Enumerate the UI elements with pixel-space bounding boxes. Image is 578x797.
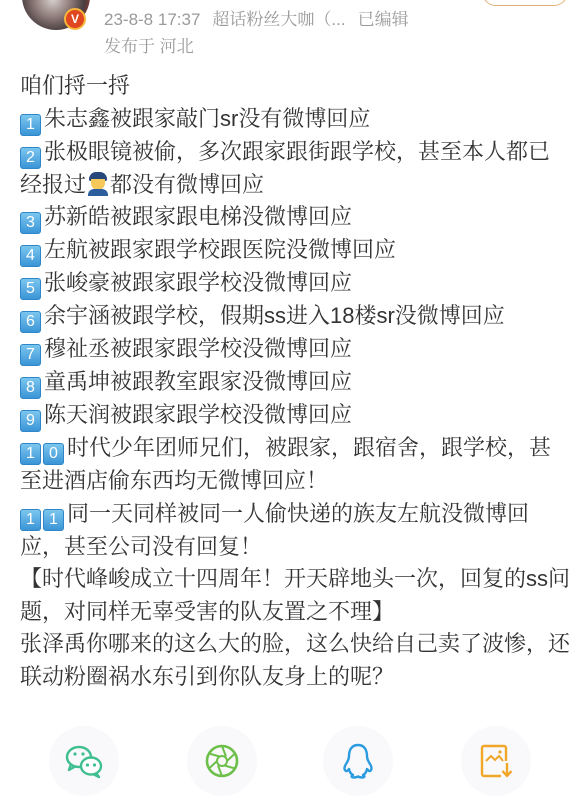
list-item: 9陈天润被跟家跟学校没微博回应 bbox=[20, 399, 570, 432]
number-2-icon: 2 bbox=[20, 147, 41, 169]
number-1-icon: 1 bbox=[20, 509, 41, 531]
list-item: 6余宇涵被跟学校，假期ss进入18楼sr没微博回应 bbox=[20, 300, 570, 333]
number-1-icon: 1 bbox=[43, 509, 64, 531]
number-9-icon: 9 bbox=[20, 410, 41, 432]
list-item-text: 穆祉丞被跟家跟学校没微博回应 bbox=[44, 336, 352, 361]
moments-shutter-icon bbox=[204, 743, 240, 779]
qq-penguin-icon bbox=[342, 742, 374, 780]
number-3-icon: 3 bbox=[20, 212, 41, 234]
list-item-text: 都没有微博回应 bbox=[110, 172, 264, 197]
list-item: 10时代少年团师兄们，被跟家，跟宿舍，跟学校，甚至进酒店偷东西均无微博回应！ bbox=[20, 432, 570, 498]
police-officer-emoji-icon bbox=[86, 172, 110, 196]
list-item: 1朱志鑫被跟家敲门sr没有微博回应 bbox=[20, 103, 570, 136]
save-image-button[interactable] bbox=[461, 726, 531, 796]
list-item-text: 时代少年团师兄们，被跟家，跟宿舍，跟学校，甚至进酒店偷东西均无微博回应！ bbox=[20, 435, 551, 493]
list-item-text: 张峻豪被跟家跟学校没微博回应 bbox=[44, 270, 352, 295]
post-location: 发布于 河北 bbox=[104, 32, 194, 57]
bracket-paragraph: 【时代峰峻成立十四周年！开天辟地头一次，回复的ss问题，对同样无辜受害的队友置之… bbox=[20, 563, 570, 628]
list-item-text: 苏新皓被跟家跟电梯没微博回应 bbox=[44, 204, 352, 229]
number-1-icon: 1 bbox=[20, 443, 41, 465]
post-intro: 咱们捋一捋 bbox=[20, 70, 570, 103]
list-item: 4左航被跟家跟学校跟医院没微博回应 bbox=[20, 234, 570, 267]
post-timestamp: 23-8-8 17:37 bbox=[104, 10, 200, 29]
wechat-icon bbox=[64, 743, 104, 779]
list-item-text: 同一天同样被同一人偷快递的族友左航没微博回应，甚至公司没有回复！ bbox=[20, 501, 529, 559]
post-body: 咱们捋一捋 1朱志鑫被跟家敲门sr没有微博回应 2张极眼镜被偷，多次跟家跟街跟学… bbox=[20, 70, 570, 693]
list-item-text: 陈天润被跟家跟学校没微博回应 bbox=[44, 402, 352, 427]
list-item: 2张极眼镜被偷，多次跟家跟街跟学校，甚至本人都已经报过都没有微博回应 bbox=[20, 136, 570, 202]
share-bar bbox=[0, 726, 578, 797]
post-header: V 23-8-8 17:37超话粉丝大咖（...已编辑 发布于 河北 bbox=[0, 0, 578, 64]
share-wechat-button[interactable] bbox=[49, 726, 119, 796]
post-source[interactable]: 超话粉丝大咖（... bbox=[212, 10, 345, 29]
share-moments-button[interactable] bbox=[187, 726, 257, 796]
share-qq-button[interactable] bbox=[323, 726, 393, 796]
list-item: 11同一天同样被同一人偷快递的族友左航没微博回应，甚至公司没有回复！ bbox=[20, 498, 570, 564]
list-item: 7穆祉丞被跟家跟学校没微博回应 bbox=[20, 333, 570, 366]
list-item: 8童禹坤被跟教室跟家没微博回应 bbox=[20, 366, 570, 399]
save-image-icon bbox=[479, 743, 513, 779]
list-item-text: 童禹坤被跟教室跟家没微博回应 bbox=[44, 369, 352, 394]
edited-label[interactable]: 已编辑 bbox=[358, 10, 409, 29]
follow-button[interactable] bbox=[482, 0, 568, 6]
number-0-icon: 0 bbox=[43, 443, 64, 465]
list-item-text: 左航被跟家跟学校跟医院没微博回应 bbox=[44, 237, 396, 262]
closing-paragraph: 张泽禹你哪来的这么大的脸，这么快给自己卖了波惨，还联动粉圈祸水东引到你队友身上的… bbox=[20, 628, 570, 693]
number-7-icon: 7 bbox=[20, 344, 41, 366]
number-8-icon: 8 bbox=[20, 377, 41, 399]
verified-badge-icon: V bbox=[64, 8, 86, 30]
list-item-text: 朱志鑫被跟家敲门sr没有微博回应 bbox=[44, 106, 370, 131]
list-item: 5张峻豪被跟家跟学校没微博回应 bbox=[20, 267, 570, 300]
post-meta: 23-8-8 17:37超话粉丝大咖（...已编辑 bbox=[104, 5, 421, 30]
number-5-icon: 5 bbox=[20, 278, 41, 300]
number-6-icon: 6 bbox=[20, 311, 41, 333]
list-item-text: 余宇涵被跟学校，假期ss进入18楼sr没微博回应 bbox=[44, 303, 505, 328]
list-item: 3苏新皓被跟家跟电梯没微博回应 bbox=[20, 201, 570, 234]
number-4-icon: 4 bbox=[20, 245, 41, 267]
number-1-icon: 1 bbox=[20, 114, 41, 136]
